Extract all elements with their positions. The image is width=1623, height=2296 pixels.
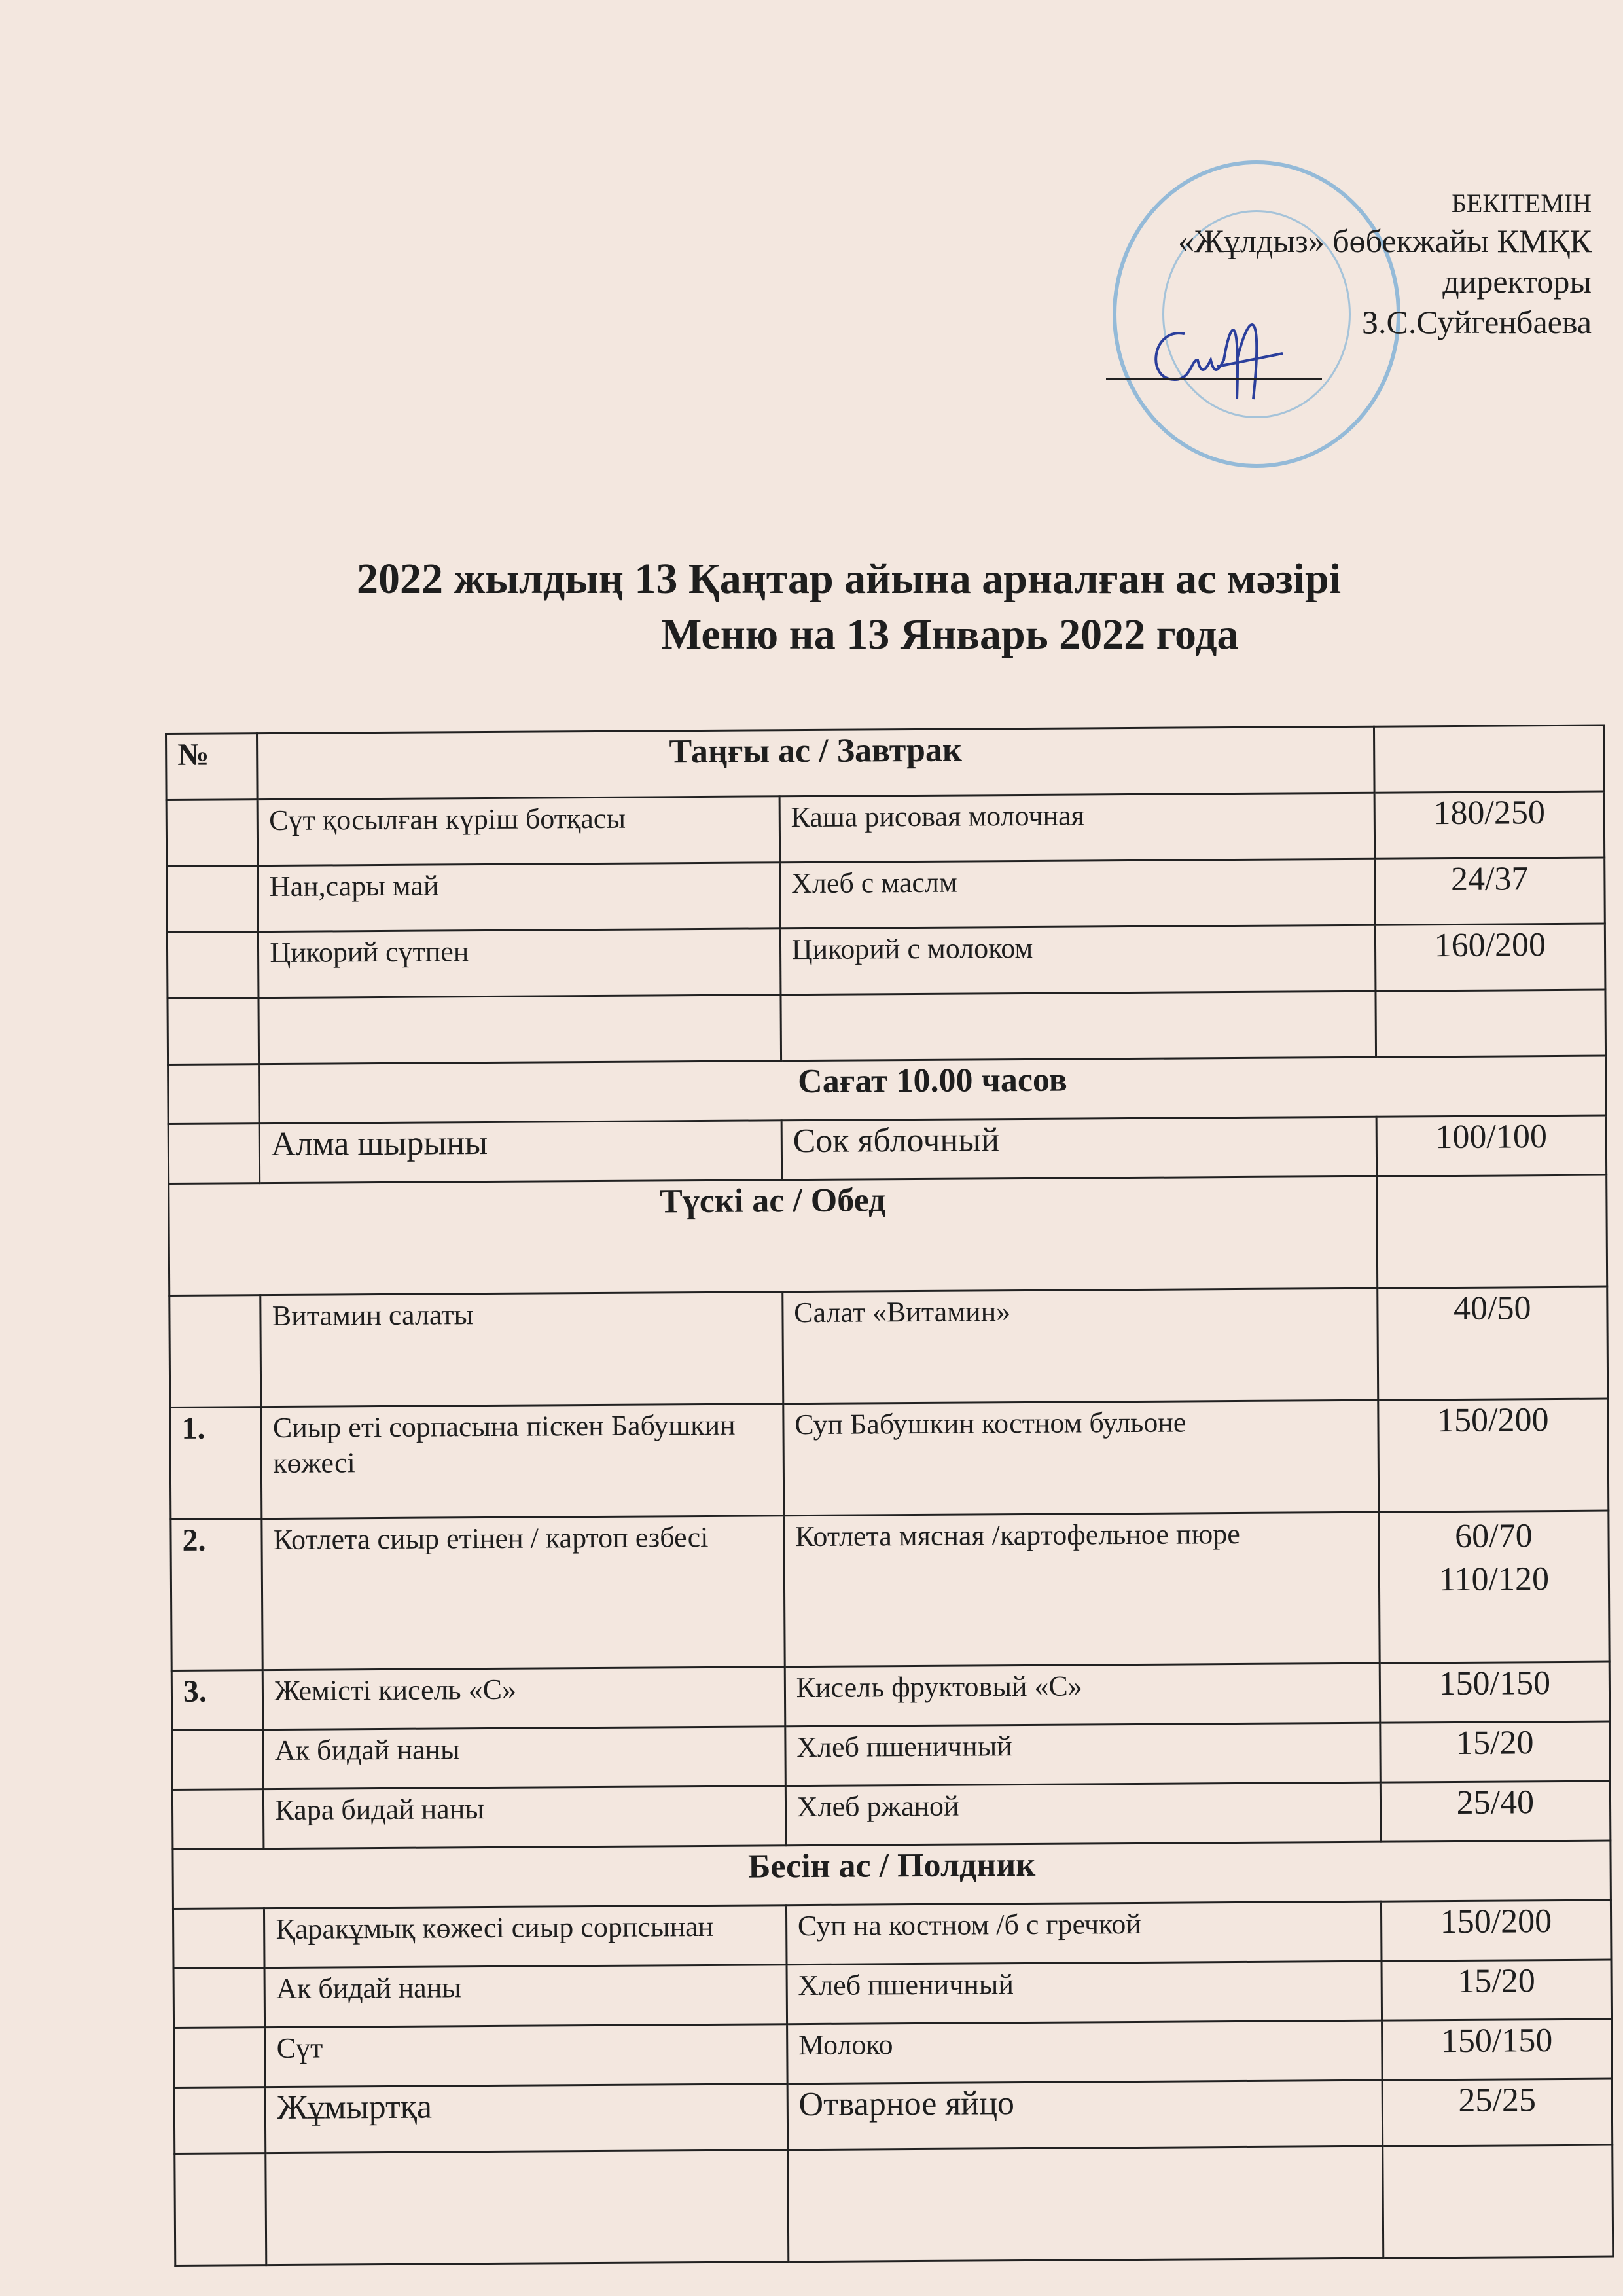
dish-name-kazakh: Котлета сиыр етінен / картоп езбесі — [262, 1516, 785, 1670]
table-row — [168, 990, 1606, 1064]
dish-name-kazakh: Нан,сары май — [258, 863, 780, 932]
table-row: Нан,сары майХлеб с маслм24/37 — [167, 857, 1605, 932]
row-number — [169, 1295, 261, 1408]
table-row: Ак бидай наныХлеб пшеничный15/20 — [172, 1721, 1611, 1789]
dish-name-kazakh: Жұмыртқа — [266, 2084, 788, 2153]
row-number: 3. — [171, 1670, 263, 1731]
portion-quantity — [1376, 990, 1606, 1057]
portion-quantity: 15/20 — [1382, 1960, 1612, 2020]
section-title: Бесін ас / Полдник — [173, 1840, 1611, 1909]
dish-name-russian: Сок яблочный — [781, 1117, 1376, 1180]
table-row: Витамин салатыСалат «Витамин»40/50 — [169, 1287, 1608, 1407]
table-row: Сүт қосылған күріш ботқасыКаша рисовая м… — [166, 791, 1605, 866]
dish-name-russian: Цикорий с молоком — [780, 925, 1376, 995]
table-row: Қаракұмық көжесі сиыр сорпсынанСуп на ко… — [173, 1900, 1611, 1968]
portion-quantity: 100/100 — [1376, 1115, 1607, 1176]
portion-quantity: 150/200 — [1381, 1900, 1611, 1961]
row-number — [166, 800, 258, 867]
dish-name-russian: Хлеб пшеничный — [787, 1961, 1382, 2024]
table-row: СүтМолоко150/150 — [174, 2019, 1613, 2087]
menu-table: № Таңғы ас / Завтрак Сүт қосылған күріш … — [165, 725, 1614, 2267]
approval-name: З.С.Суйгенбаева — [1178, 302, 1592, 342]
row-number — [172, 1730, 264, 1790]
dish-name-russian: Хлеб с маслм — [779, 859, 1375, 929]
portion-quantity: 60/70110/120 — [1378, 1511, 1609, 1663]
table-row: Алма шырыныСок яблочный100/100 — [168, 1115, 1607, 1183]
dish-name-kazakh: Цикорий сүтпен — [259, 929, 781, 998]
section-title: Таңғы ас / Завтрак — [257, 726, 1374, 799]
title-kazakh: 2022 жылдың 13 Қаңтар айына арналған ас … — [357, 553, 1341, 605]
qty-cell — [1376, 1175, 1607, 1288]
dish-name-kazakh: Алма шырыны — [260, 1121, 782, 1183]
title-russian: Меню на 13 Январь 2022 года — [661, 609, 1238, 661]
dish-name-russian: Кисель фруктовый «С» — [785, 1663, 1380, 1727]
dish-name-kazakh: Витамин салаты — [260, 1292, 783, 1407]
portion-quantity: 24/37 — [1374, 857, 1605, 925]
dish-name-kazakh: Сүт қосылған күріш ботқасы — [258, 797, 780, 866]
approval-heading: БЕКІТЕМІН — [1178, 187, 1592, 221]
row-number — [172, 1789, 264, 1850]
row-number — [168, 1124, 260, 1184]
dish-name-russian: Хлеб ржаной — [785, 1782, 1380, 1846]
table-row — [175, 2145, 1613, 2265]
dish-name-russian: Салат «Витамин» — [782, 1288, 1378, 1404]
portion-quantity: 15/20 — [1380, 1721, 1610, 1782]
row-number: 2. — [171, 1519, 263, 1671]
signature-line — [1106, 378, 1322, 380]
approval-block: БЕКІТЕМІН «Жұлдыз» бөбекжайы КМҚК директ… — [1178, 187, 1592, 342]
dish-name-russian: Хлеб пшеничный — [785, 1723, 1380, 1786]
row-number — [167, 932, 259, 999]
row-number — [168, 1064, 260, 1124]
table-row: Цикорий сүтпенЦикорий с молоком160/200 — [167, 924, 1605, 998]
row-number — [167, 866, 259, 933]
portion-quantity: 150/150 — [1380, 1662, 1610, 1723]
table-row: Кара бидай наныХлеб ржаной25/40 — [172, 1781, 1611, 1849]
dish-name-russian: Каша рисовая молочная — [779, 793, 1375, 863]
row-number — [173, 1968, 265, 2028]
portion-quantity: 160/200 — [1375, 924, 1605, 991]
dish-name-kazakh — [259, 995, 781, 1064]
table-row: Ак бидай наныХлеб пшеничный15/20 — [173, 1960, 1612, 2028]
dish-name-russian — [788, 2146, 1383, 2262]
portion-quantity: 150/150 — [1382, 2019, 1612, 2080]
dish-name-kazakh: Кара бидай наны — [264, 1786, 786, 1849]
approval-position: директоры — [1178, 261, 1592, 302]
section-lunch: Түскі ас / Обед — [169, 1175, 1607, 1295]
row-number: 1. — [170, 1407, 262, 1520]
dish-name-russian: Молоко — [787, 2020, 1382, 2084]
table-row: ЖұмыртқаОтварное яйцо25/25 — [174, 2079, 1613, 2153]
dish-name-kazakh: Қаракұмық көжесі сиыр сорпсынан — [264, 1905, 787, 1968]
dish-name-russian: Отварное яйцо — [787, 2080, 1383, 2150]
section-breakfast: № Таңғы ас / Завтрак — [166, 725, 1605, 800]
dish-name-russian: Суп Бабушкин костном бульоне — [783, 1400, 1379, 1516]
dish-name-kazakh: Сүт — [265, 2024, 787, 2087]
dish-name-kazakh: Сиыр еті сорпасына піскен Бабушкин көжес… — [261, 1404, 783, 1519]
dish-name-kazakh: Жемісті кисель «С» — [263, 1667, 785, 1730]
row-number — [174, 2087, 266, 2154]
portion-quantity: 40/50 — [1377, 1287, 1607, 1400]
portion-quantity: 150/200 — [1378, 1399, 1608, 1512]
table-row: 2.Котлета сиыр етінен / картоп езбесіКот… — [171, 1511, 1609, 1670]
dish-name-russian: Суп на костном /б с гречкой — [786, 1901, 1381, 1965]
row-number — [173, 1909, 264, 1969]
portion-quantity — [1382, 2145, 1613, 2258]
row-number — [168, 998, 259, 1065]
dish-name-russian: Котлета мясная /картофельное пюре — [784, 1512, 1380, 1667]
dish-name-kazakh: Ак бидай наны — [264, 1965, 787, 2028]
section-snack: Сағат 10.00 часов — [168, 1056, 1607, 1124]
row-number — [175, 2153, 266, 2266]
dish-name-kazakh: Ак бидай наны — [263, 1727, 785, 1789]
qty-cell — [1374, 725, 1604, 793]
num-header: № — [166, 734, 258, 800]
portion-quantity: 25/25 — [1382, 2079, 1613, 2146]
row-number — [174, 2028, 266, 2088]
section-title: Түскі ас / Обед — [169, 1176, 1378, 1295]
dish-name-russian — [781, 991, 1376, 1061]
portion-quantity: 25/40 — [1380, 1781, 1611, 1842]
section-afternoon: Бесін ас / Полдник — [173, 1840, 1611, 1909]
table-row: 1.Сиыр еті сорпасына піскен Бабушкин көж… — [170, 1399, 1609, 1519]
dish-name-kazakh — [266, 2150, 788, 2265]
approval-organization: «Жұлдыз» бөбекжайы КМҚК — [1178, 221, 1592, 261]
portion-quantity: 180/250 — [1374, 791, 1605, 859]
section-title: Сағат 10.00 часов — [259, 1056, 1606, 1124]
table-row: 3.Жемісті кисель «С»Кисель фруктовый «С»… — [171, 1662, 1610, 1730]
